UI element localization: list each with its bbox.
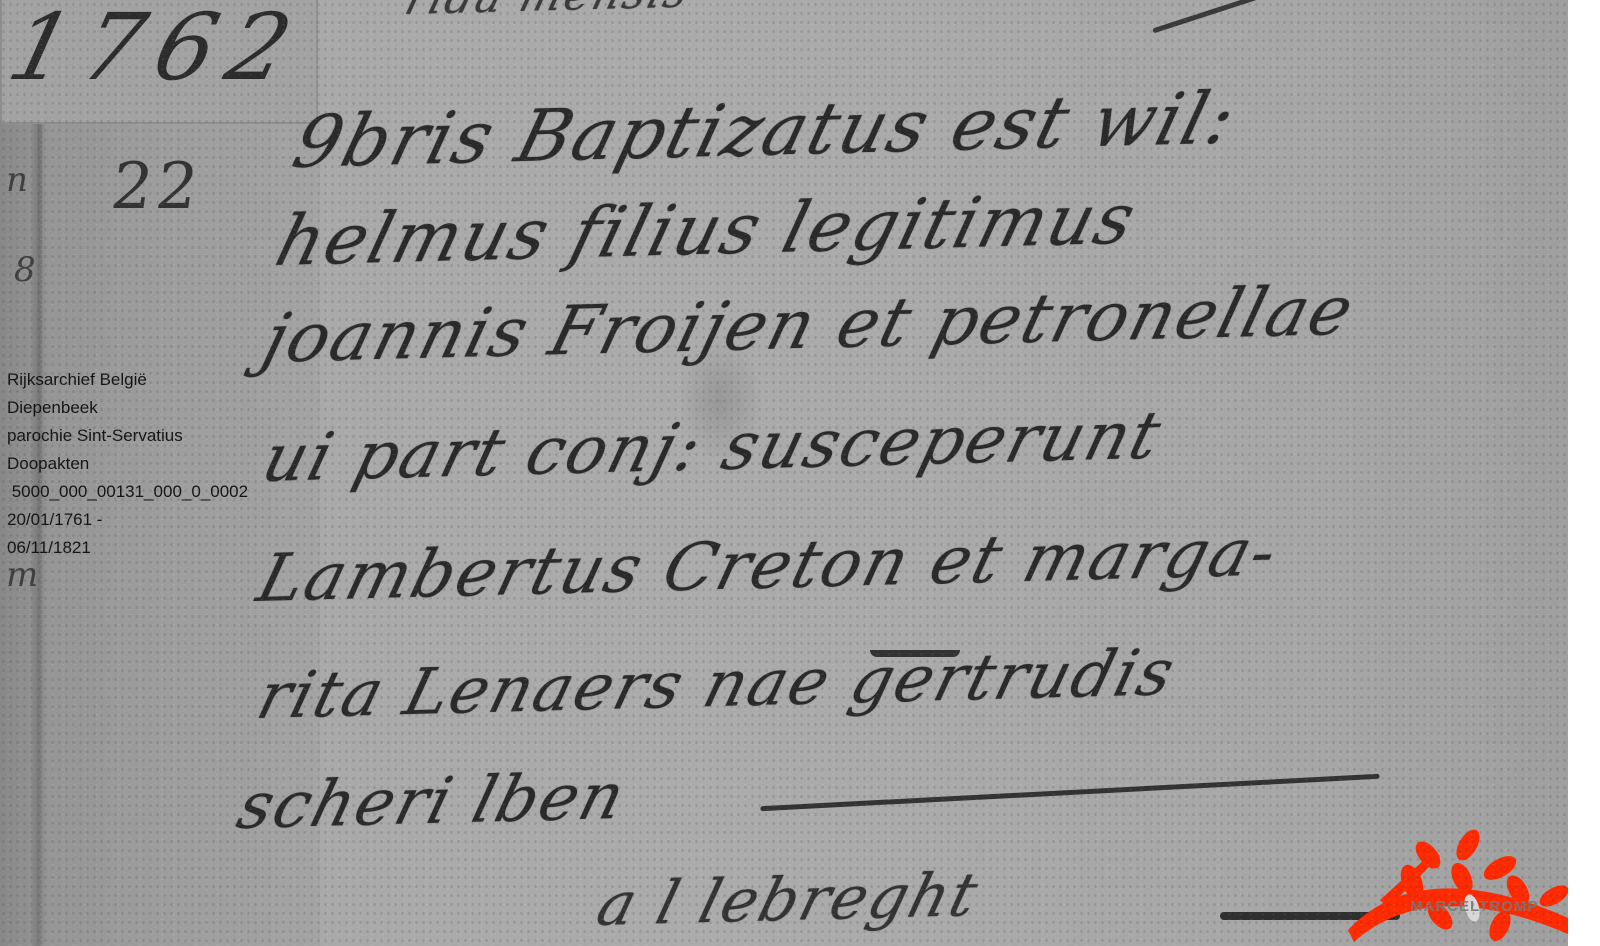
handwritten-line-5: Lambertus Creton et marga- xyxy=(250,514,1287,617)
top-fragment-text: rida mensis xyxy=(400,0,696,25)
handwritten-line-7: scheri lben xyxy=(230,760,634,844)
watermark-text-bottom: MARCELTROMP xyxy=(1410,898,1538,915)
caption-reference-id: 5000_000_00131_000_0_0002 xyxy=(7,478,248,506)
handwritten-line-4: ui part conj: susceperunt xyxy=(255,397,1170,497)
caption-parish: parochie Sint-Servatius xyxy=(7,422,248,450)
caption-record-type: Doopakten xyxy=(7,450,248,478)
document-scan: 1762 rida mensis n 8 m 22 9bris Baptizat… xyxy=(0,0,1568,946)
handwritten-line-1: 9bris Baptizatus est wil: xyxy=(285,76,1246,184)
right-margin xyxy=(1568,0,1600,946)
handwritten-line-6: rita Lenaers nae gertrudis xyxy=(250,636,1183,734)
ink-tilde-mark xyxy=(870,650,960,657)
ink-underline xyxy=(760,774,1379,811)
tree-branch-logo-icon xyxy=(1340,800,1568,946)
handwritten-line-2: helmus filius legitimus xyxy=(268,178,1145,282)
caption-date-end: 06/11/1821 xyxy=(7,534,248,562)
margin-note: 8 xyxy=(14,250,36,290)
caption-date-start: 20/01/1761 - xyxy=(7,506,248,534)
bottom-fragment-text: a l lebreght xyxy=(590,860,986,940)
year-header: 1762 xyxy=(0,0,315,101)
entry-day-number: 22 xyxy=(107,150,207,224)
margin-note: n xyxy=(6,160,28,200)
archive-caption: Rijksarchief België Diepenbeek parochie … xyxy=(7,366,248,562)
caption-municipality: Diepenbeek xyxy=(7,394,248,422)
caption-archive-name: Rijksarchief België xyxy=(7,366,248,394)
handwritten-line-3: joannis Froijen et petronellae xyxy=(255,272,1363,379)
year-header-box: 1762 xyxy=(2,0,318,124)
ink-flourish xyxy=(1152,0,1268,33)
